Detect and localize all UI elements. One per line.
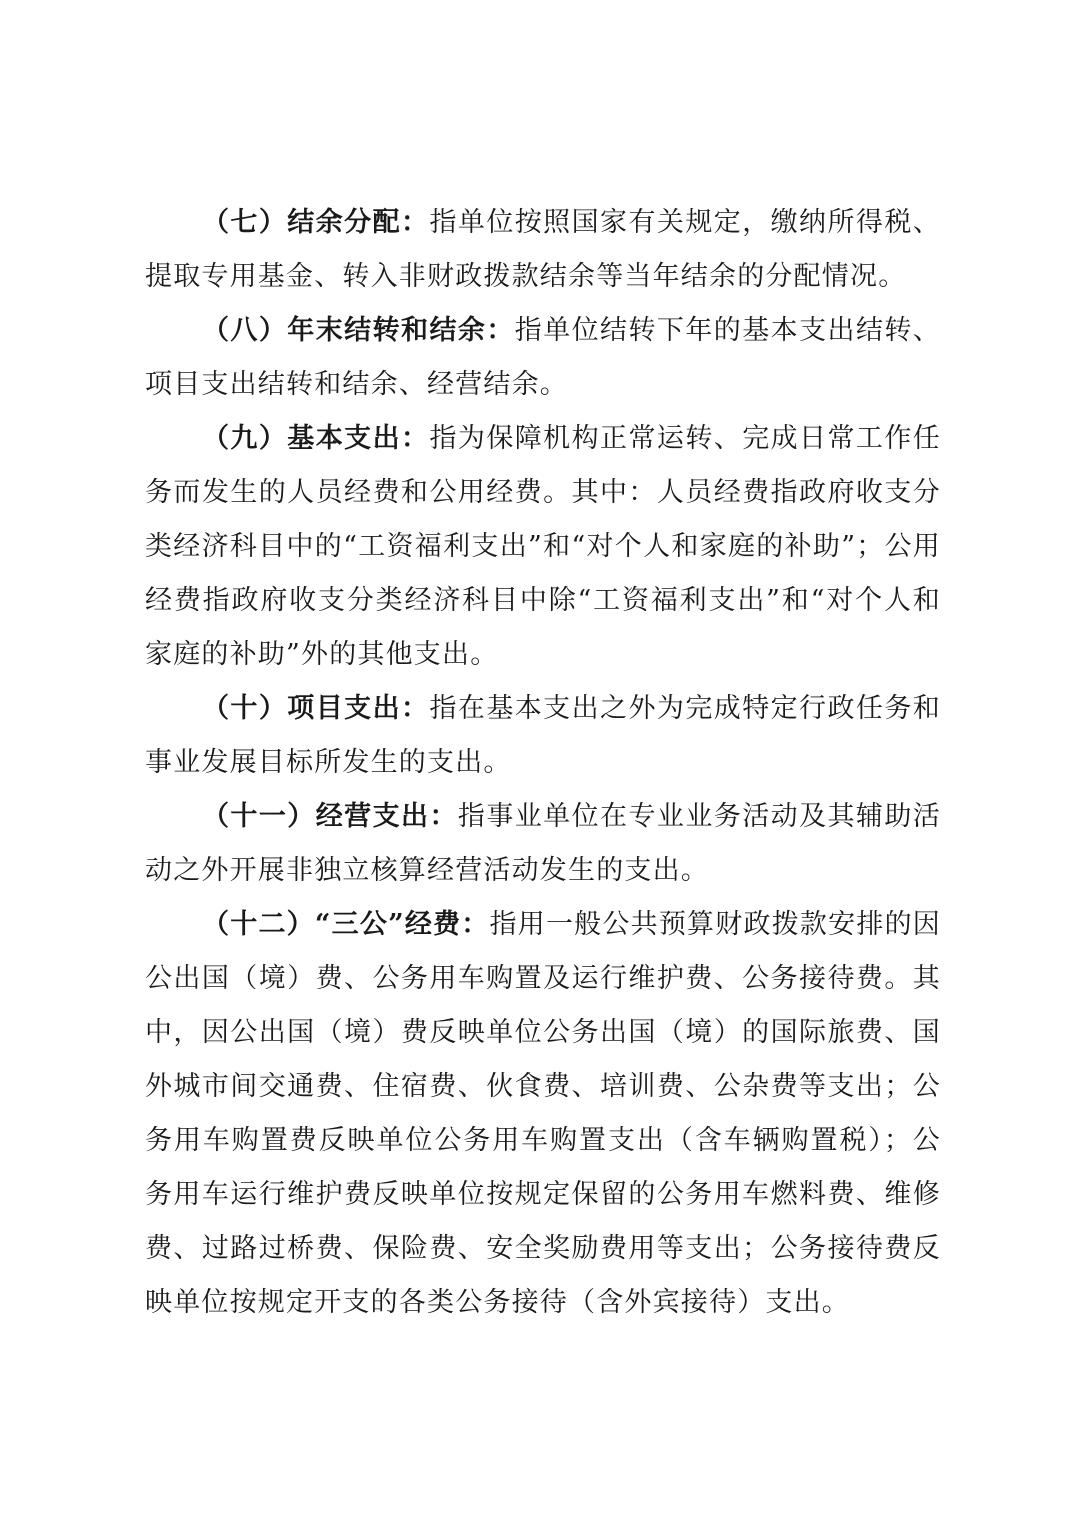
paragraph-year-end-carryover: （八）年末结转和结余：指单位结转下年的基本支出结转、项目支出结转和结余、经营结余… (145, 304, 941, 412)
term-definition: 指为保障机构正常运转、完成日常工作任务而发生的人员经费和公用经费。其中：人员经费… (145, 423, 941, 670)
term-heading: （八）年末结转和结余： (202, 315, 515, 346)
term-heading: （十二）“三公”经费： (202, 909, 490, 940)
term-definition: 指用一般公共预算财政拨款安排的因公出国（境）费、公务用车购置及运行维护费、公务接… (145, 909, 941, 1318)
paragraph-project-expenditure: （十）项目支出：指在基本支出之外为完成特定行政任务和事业发展目标所发生的支出。 (145, 682, 941, 790)
document-page: （七）结余分配：指单位按照国家有关规定，缴纳所得税、提取专用基金、转入非财政拨款… (145, 196, 941, 1330)
paragraph-surplus-distribution: （七）结余分配：指单位按照国家有关规定，缴纳所得税、提取专用基金、转入非财政拨款… (145, 196, 941, 304)
paragraph-operating-expenditure: （十一）经营支出：指事业单位在专业业务活动及其辅助活动之外开展非独立核算经营活动… (145, 790, 941, 898)
term-heading: （九）基本支出： (202, 423, 429, 454)
paragraph-three-public-expenses: （十二）“三公”经费：指用一般公共预算财政拨款安排的因公出国（境）费、公务用车购… (145, 898, 941, 1330)
term-heading: （七）结余分配： (202, 207, 429, 238)
term-heading: （十一）经营支出： (202, 801, 458, 832)
paragraph-basic-expenditure: （九）基本支出：指为保障机构正常运转、完成日常工作任务而发生的人员经费和公用经费… (145, 412, 941, 682)
term-heading: （十）项目支出： (202, 693, 429, 724)
